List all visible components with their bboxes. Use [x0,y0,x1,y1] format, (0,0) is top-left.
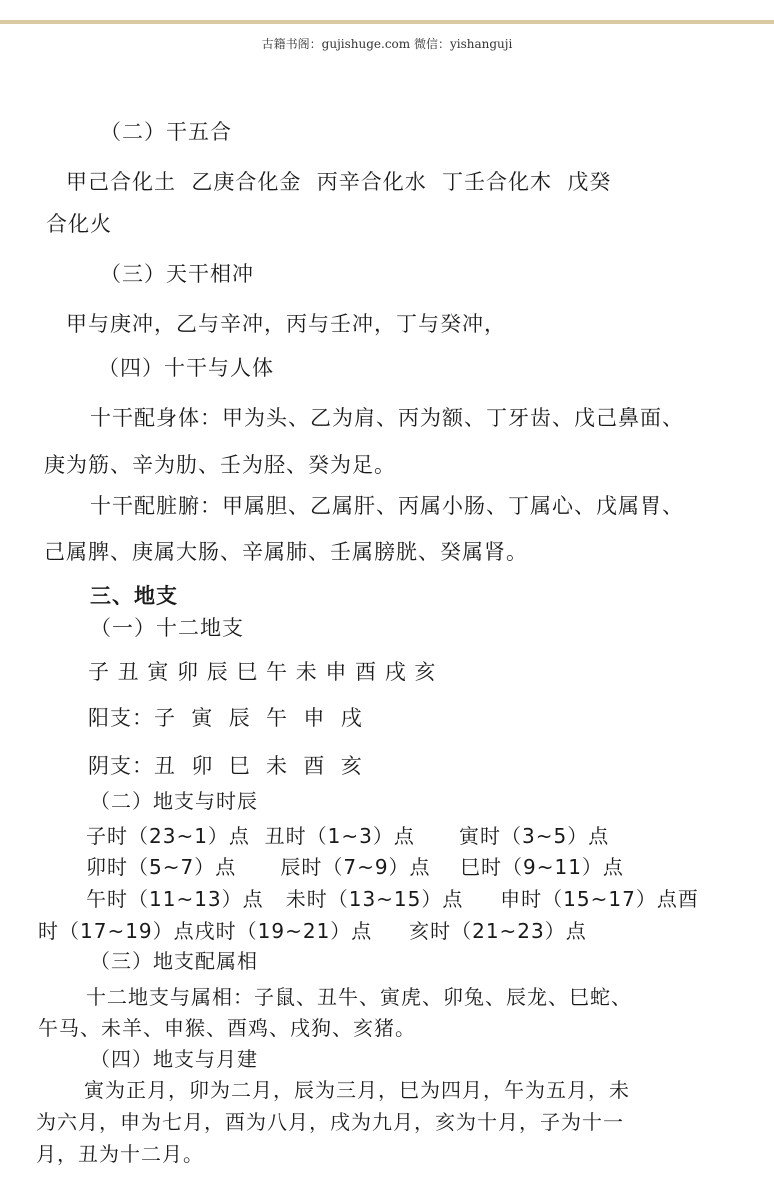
paragraph-line: 子 丑 寅 卯 辰 巳 午 未 申 酉 戌 亥 [88,658,436,686]
top-decorative-bar [0,20,774,24]
paragraph-line: 阳支：子 寅 辰 午 申 戌 [88,704,363,732]
paragraph-line: 十干配脏腑：甲属胆、乙属肝、丙属小肠、丁属心、戊属胃、 [90,492,684,520]
paragraph-line: 子时（23~1）点 丑时（1~3）点 寅时（3~5）点 [86,822,609,850]
paragraph-line: 十二地支与属相：子鼠、丑牛、寅虎、卯兔、辰龙、巳蛇、 [86,983,632,1011]
paragraph-line: 阴支：丑 卯 巳 未 酉 亥 [88,752,363,780]
section-heading-zhi-time: （二）地支与时辰 [90,787,258,815]
section-heading-gan-body: （四）十干与人体 [98,354,274,382]
paragraph-line: 卯时（5~7）点 辰时（7~9）点 巳时（9~11）点 [86,853,624,881]
header-watermark: 古籍书阁：gujishuge.com 微信：yishanguji [0,35,774,52]
paragraph-line: 合化火 [46,210,112,238]
paragraph-line: 庚为筋、辛为肋、壬为胫、癸为足。 [44,451,396,479]
paragraph-line: 午马、未羊、申猴、酉鸡、戌狗、亥猪。 [38,1014,416,1042]
paragraph-line: 己属脾、庚属大肠、辛属肺、壬属膀胱、癸属肾。 [44,538,528,566]
chapter-title: 三、地支 [90,582,178,610]
paragraph-line: 月，丑为十二月。 [36,1140,204,1168]
paragraph-line: 十干配身体：甲为头、乙为肩、丙为额、丁牙齿、戊己鼻面、 [90,404,684,432]
section-heading-gan-chong: （三）天干相冲 [100,260,254,288]
paragraph-line: 午时（11~13）点 未时（13~15）点 申时（15~17）点酉 [86,885,699,913]
paragraph-line: 甲与庚冲，乙与辛冲，丙与壬冲，丁与癸冲， [66,310,506,338]
section-heading-gan-wuhe: （二）干五合 [100,118,232,146]
section-heading-zhi-12: （一）十二地支 [90,614,244,642]
paragraph-line: 为六月，申为七月，酉为八月，戌为九月，亥为十月，子为十一 [36,1108,624,1136]
paragraph-line: 甲己合化土 乙庚合化金 丙辛合化水 丁壬合化木 戊癸 [66,168,611,196]
paragraph-line: 时（17~19）点戌时（19~21）点 亥时（21~23）点 [38,917,587,945]
paragraph-line: 寅为正月，卯为二月，辰为三月，巳为四月，午为五月，未 [84,1076,630,1104]
section-heading-zhi-shuxiang: （三）地支配属相 [90,947,258,975]
section-heading-zhi-month: （四）地支与月建 [90,1045,258,1073]
